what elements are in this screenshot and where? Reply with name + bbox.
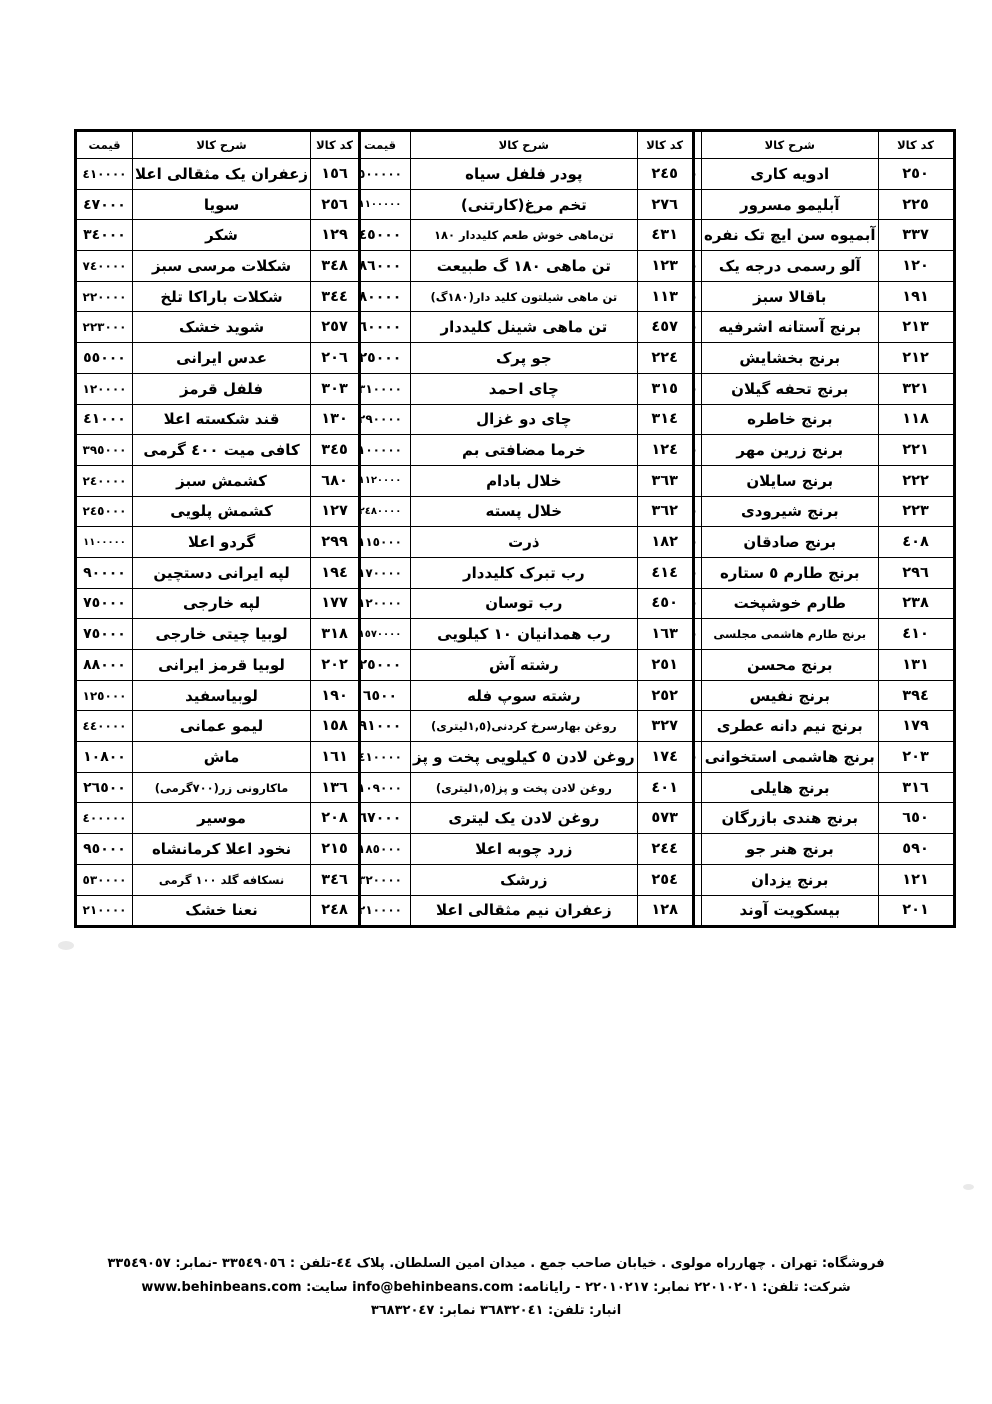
product-row: ٢٢٤جو پرک٢٥٠٠٠ — [349, 343, 694, 374]
product-desc-cell: آبلیمو مسرور — [702, 189, 879, 220]
product-code-cell: ١٢٠ — [878, 251, 954, 282]
header-row: کد کالاشرح کالاقیمت — [650, 131, 955, 159]
product-desc-cell: برنج آستانه اشرفیه — [702, 312, 879, 343]
product-price-cell: ١٢٠٠٠٠ — [76, 373, 133, 404]
product-code-cell: ٣٢٧ — [637, 711, 693, 742]
product-code-cell: ٢٤٥ — [637, 159, 693, 190]
product-desc-cell: کشمش سبز — [133, 465, 311, 496]
product-desc-cell: لوبیا چیتی خارجی — [133, 619, 311, 650]
product-code-cell: ٢١٣ — [878, 312, 954, 343]
product-desc-cell: خرما مضافتی بم — [411, 435, 638, 466]
product-desc-cell: برنج طارم ٥ ستاره — [702, 557, 879, 588]
product-code-cell: ٢٩٩ — [311, 527, 360, 558]
product-desc-cell: برنج صادقان — [702, 527, 879, 558]
product-code-cell: ٥٧٣ — [637, 803, 693, 834]
product-row: ٤١٤رب تبرک کلیددار١٧٠٠٠٠ — [349, 557, 694, 588]
product-price-cell: ٥٣٠٠٠٠ — [76, 864, 133, 895]
product-row: ٣٤٦نسکافه گلد ١٠٠ گرمی٥٣٠٠٠٠ — [76, 864, 360, 895]
product-desc-cell: چای دو غزال — [411, 404, 638, 435]
product-row: ٢٢١برنج زرین مهر١١٠٠٠٠ — [650, 435, 955, 466]
product-code-cell: ٢١٥ — [311, 834, 360, 865]
product-code-header: کد کالا — [878, 131, 954, 159]
product-desc-cell: لوبیاسفید — [133, 680, 311, 711]
product-code-cell: ٢٧٦ — [637, 189, 693, 220]
product-code-cell: ١٨٢ — [637, 527, 693, 558]
product-code-cell: ٢٣٨ — [878, 588, 954, 619]
product-code-cell: ٤١٤ — [637, 557, 693, 588]
product-desc-cell: برنج محسن — [702, 650, 879, 681]
product-row: ٢٩٦برنج طارم ٥ ستاره١٢٠٠٠٠ — [650, 557, 955, 588]
product-row: ٢٣٨طارم خوشپخت١٢٣٠٠٠ — [650, 588, 955, 619]
product-desc-cell: تن ماهی ١٨٠ گ طبیعت — [411, 251, 638, 282]
product-code-cell: ٢٥٠ — [878, 159, 954, 190]
product-code-cell: ٦٨٠ — [311, 465, 360, 496]
product-desc-cell: تن ماهی شیلتون کلید دار(١٨٠گ) — [411, 281, 638, 312]
product-desc-cell: برنج شیرودی — [702, 496, 879, 527]
product-desc-cell: لپه خارجی — [133, 588, 311, 619]
product-row: ١٣٠قند شکسته اعلا٤١٠٠٠ — [76, 404, 360, 435]
product-price-cell: ٢٤٥٠٠٠ — [76, 496, 133, 527]
product-row: ٣٤٤شکلات باراکا تلخ٢٢٠٠٠٠ — [76, 281, 360, 312]
product-price-cell: ٩٥٠٠٠ — [76, 834, 133, 865]
product-code-cell: ١١٣ — [637, 281, 693, 312]
product-desc-cell: لپه ایرانی دستچین — [133, 557, 311, 588]
product-code-cell: ١٢٨ — [637, 895, 693, 927]
product-desc-cell: ماش — [133, 742, 311, 773]
product-row: ٢٥٢رشته سوپ فله٦٥٠٠ — [349, 680, 694, 711]
product-row: ٢٠٢لوبیا قرمز ایرانی٨٨٠٠٠ — [76, 650, 360, 681]
header-row: کد کالاشرح کالاقیمت — [76, 131, 360, 159]
product-code-cell: ٣١٥ — [637, 373, 693, 404]
product-code-cell: ٤٠١ — [637, 772, 693, 803]
product-desc-cell: موسیر — [133, 803, 311, 834]
product-code-cell: ٢٥٤ — [637, 864, 693, 895]
product-code-cell: ١٢٩ — [311, 220, 360, 251]
product-row: ٤٠٨برنج صادقان١١٠٠٠٠ — [650, 527, 955, 558]
product-code-cell: ٣٠٣ — [311, 373, 360, 404]
product-row: ٣٣٧آبمیوه سن ایچ تک نفره١٢٠٠٠ — [650, 220, 955, 251]
product-code-cell: ١٣٦ — [311, 772, 360, 803]
product-row: ٢٠١بیسکویت آوند٧٥٠٠٠ — [650, 895, 955, 927]
footer-store-line: فروشگاه: تهران . چهارراه مولوی . خیابان … — [0, 1252, 992, 1276]
product-row: ١٢٧کشمش پلویی٢٤٥٠٠٠ — [76, 496, 360, 527]
product-desc-cell: زعفران یک مثقالی اعلا — [133, 159, 311, 190]
product-code-cell: ٣١٤ — [637, 404, 693, 435]
product-row: ١٦١ماش١٠٨٠٠ — [76, 742, 360, 773]
product-row: ١٥٨لیمو عمانی٤٤٠٠٠٠ — [76, 711, 360, 742]
product-code-cell: ٢٠١ — [878, 895, 954, 927]
product-row: ١٩١باقالا سبز٢٢٠٠٠٠ — [650, 281, 955, 312]
product-desc-cell: زرد چوبه اعلا — [411, 834, 638, 865]
product-desc-cell: چای احمد — [411, 373, 638, 404]
product-desc-cell: رب توسان — [411, 588, 638, 619]
product-row: ٢٠٣برنج هاشمی استخوانی١٣٧٠٠٠ — [650, 742, 955, 773]
product-row: ٢٢٥آبلیمو مسرور٩٠٠٠٠ — [650, 189, 955, 220]
product-code-cell: ١٣١ — [878, 650, 954, 681]
product-desc-cell: باقالا سبز — [702, 281, 879, 312]
product-price-cell: ٢٤٠٠٠٠ — [76, 465, 133, 496]
product-code-cell: ٢٥١ — [637, 650, 693, 681]
product-price-cell: ٢٦٥٠٠ — [76, 772, 133, 803]
product-desc-cell: عدس ایرانی — [133, 343, 311, 374]
product-code-cell: ٢٤٤ — [637, 834, 693, 865]
product-row: ٣٢١برنج تحفه گیلان١٦٠٠٠٠ — [650, 373, 955, 404]
product-code-cell: ١٢٤ — [637, 435, 693, 466]
product-code-cell: ١٩٤ — [311, 557, 360, 588]
product-desc-cell: برنج هاشمی استخوانی — [702, 742, 879, 773]
product-price-cell: ١١٠٠٠٠٠ — [76, 527, 133, 558]
product-desc-cell: برنج طارم هاشمی مجلسی — [702, 619, 879, 650]
product-code-cell: ١٥٨ — [311, 711, 360, 742]
product-desc-cell: رشته آش — [411, 650, 638, 681]
product-row: ١٧٧لپه خارجی٧٥٠٠٠ — [76, 588, 360, 619]
product-desc-cell: شکلات مرسی سبز — [133, 251, 311, 282]
product-desc-cell: ذرت — [411, 527, 638, 558]
product-row: ١٣١برنج محسن٨٢٥٠٠ — [650, 650, 955, 681]
product-desc-cell: برنج هندی بازرگان — [702, 803, 879, 834]
product-row: ٢٧٦تخم مرغ(کارتنی)١١٠٠٠٠٠ — [349, 189, 694, 220]
product-code-cell: ٣٣٧ — [878, 220, 954, 251]
product-price-cell: ٤١٠٠٠ — [76, 404, 133, 435]
product-code-cell: ١٢١ — [878, 864, 954, 895]
product-row: ٢٥٤زرشک٣٢٠٠٠٠ — [349, 864, 694, 895]
product-row: ٤١٠برنج طارم هاشمی مجلسی١٠٥٠٠٠ — [650, 619, 955, 650]
product-code-cell: ٣٩٤ — [878, 680, 954, 711]
product-row: ١٢٤خرما مضافتی بم١٠٠٠٠٠ — [349, 435, 694, 466]
product-desc-cell: نسکافه گلد ١٠٠ گرمی — [133, 864, 311, 895]
footer: فروشگاه: تهران . چهارراه مولوی . خیابان … — [0, 1252, 992, 1323]
product-price-cell: ٤٤٠٠٠٠ — [76, 711, 133, 742]
product-row: ٢٠٨موسیر٤٠٠٠٠٠ — [76, 803, 360, 834]
product-price-cell: ٩٠٠٠٠ — [76, 557, 133, 588]
product-code-cell: ١٢٧ — [311, 496, 360, 527]
product-code-cell: ١١٨ — [878, 404, 954, 435]
product-row: ٢٥١رشته آش٢٥٠٠٠ — [349, 650, 694, 681]
product-row: ١٢١برنج یزدان٨٥٠٠٠ — [650, 864, 955, 895]
product-row: ٢١٥نخود اعلا کرمانشاه٩٥٠٠٠ — [76, 834, 360, 865]
product-desc-cell: روغن لادن ٥ کیلویی پخت و پز — [411, 742, 638, 773]
product-code-cell: ١٦٣ — [637, 619, 693, 650]
product-row: ٣٤٨شکلات مرسی سبز٧٤٠٠٠٠ — [76, 251, 360, 282]
product-price-cell: ٤٧٠٠٠ — [76, 189, 133, 220]
product-code-cell: ٣٤٨ — [311, 251, 360, 282]
scan-artifact — [963, 1184, 974, 1190]
product-row: ١١٨برنج خاطره٨٤٥٠٠ — [650, 404, 955, 435]
product-desc-cell: روغن بهارسرخ کردنی(١,٥لیتری) — [411, 711, 638, 742]
product-desc-cell: برنج سایلان — [702, 465, 879, 496]
product-row: ١٩٠لوبیاسفید١٢٥٠٠٠ — [76, 680, 360, 711]
product-code-cell: ٥٩٠ — [878, 834, 954, 865]
product-desc-cell: برنج خاطره — [702, 404, 879, 435]
product-row: ١٢٣تن ماهی ١٨٠ گ طبیعت٨٦٠٠٠ — [349, 251, 694, 282]
product-desc-cell: قند شکسته اعلا — [133, 404, 311, 435]
product-row: ٦٨٠کشمش سبز٢٤٠٠٠٠ — [76, 465, 360, 496]
product-row: ٣١٨لوبیا چیتی خارجی٧٥٠٠٠ — [76, 619, 360, 650]
product-code-cell: ٤٠٨ — [878, 527, 954, 558]
product-desc-cell: طارم خوشپخت — [702, 588, 879, 619]
product-code-cell: ١٢٣ — [637, 251, 693, 282]
product-desc-cell: زرشک — [411, 864, 638, 895]
product-row: ٢٤٨نعنا خشک٢١٠٠٠٠ — [76, 895, 360, 927]
product-row: ٣٠٣فلفل قرمز١٢٠٠٠٠ — [76, 373, 360, 404]
product-desc-header: شرح کالا — [411, 131, 638, 159]
product-code-cell: ٦٥٠ — [878, 803, 954, 834]
product-code-cell: ٢٢٥ — [878, 189, 954, 220]
product-code-cell: ٤٣١ — [637, 220, 693, 251]
product-price-cell: ١٠٨٠٠ — [76, 742, 133, 773]
product-code-cell: ٢٤٨ — [311, 895, 360, 927]
product-desc-cell: کافی میت ٤٠٠ گرمی — [133, 435, 311, 466]
product-desc-cell: تن ماهی شینل کلیددار — [411, 312, 638, 343]
product-code-cell: ٣٦٣ — [637, 465, 693, 496]
product-code-cell: ٣١٦ — [878, 772, 954, 803]
product-row: ٣٢٧روغن بهارسرخ کردنی(١,٥لیتری)٩١٠٠٠ — [349, 711, 694, 742]
product-code-cell: ١٩١ — [878, 281, 954, 312]
product-row: ١٧٩برنج نیم دانه عطری٨٠٠٠٠ — [650, 711, 955, 742]
product-row: ٤٠١روغن لادن پخت و پز(١,٥لیتری)١٠٩٠٠٠ — [349, 772, 694, 803]
product-code-cell: ٢٢٢ — [878, 465, 954, 496]
product-row: ٢٩٩گردو اعلا١١٠٠٠٠٠ — [76, 527, 360, 558]
product-desc-cell: نخود اعلا کرمانشاه — [133, 834, 311, 865]
product-code-cell: ٣٦٢ — [637, 496, 693, 527]
product-row: ٤٥٧تن ماهی شینل کلیددار٦٠٠٠٠ — [349, 312, 694, 343]
product-code-cell: ٤١٠ — [878, 619, 954, 650]
product-row: ٣٤٥کافی میت ٤٠٠ گرمی٣٩٥٠٠٠ — [76, 435, 360, 466]
product-code-cell: ١٣٠ — [311, 404, 360, 435]
product-row: ٢٥٦سویا٤٧٠٠٠ — [76, 189, 360, 220]
product-desc-cell: رب همدانیان ١٠ کیلویی — [411, 619, 638, 650]
product-row: ٤٣١تن‌ماهی خوش طعم کلیددار ١٨٠٤٥٠٠٠ — [349, 220, 694, 251]
product-price-cell: ٣٩٥٠٠٠ — [76, 435, 133, 466]
product-code-cell: ١٩٠ — [311, 680, 360, 711]
product-desc-cell: زعفران نیم مثقالی اعلا — [411, 895, 638, 927]
price-header: قیمت — [76, 131, 133, 159]
product-code-cell: ٢٠٣ — [878, 742, 954, 773]
product-desc-cell: جو پرک — [411, 343, 638, 374]
product-desc-header: شرح کالا — [133, 131, 311, 159]
product-desc-cell: آلو رسمی درجه یک — [702, 251, 879, 282]
price-table-middle: کد کالاشرح کالاقیمت٢٤٥پودر فلفل سیاه٥٠٠٠… — [347, 129, 695, 928]
product-price-cell: ٨٨٠٠٠ — [76, 650, 133, 681]
product-desc-cell: رشته سوپ فله — [411, 680, 638, 711]
product-price-cell: ٤١٠٠٠٠ — [76, 159, 133, 190]
product-price-cell: ٢١٠٠٠٠ — [76, 895, 133, 927]
product-price-cell: ٤٠٠٠٠٠ — [76, 803, 133, 834]
product-desc-cell: برنج بخشایش — [702, 343, 879, 374]
price-table-left: کد کالاشرح کالاقیمت١٥٦زعفران یک مثقالی ا… — [74, 129, 361, 928]
product-code-cell: ٣٤٥ — [311, 435, 360, 466]
product-row: ٣١٥چای احمد٣١٠٠٠٠ — [349, 373, 694, 404]
product-code-cell: ٢٠٨ — [311, 803, 360, 834]
header-row: کد کالاشرح کالاقیمت — [349, 131, 694, 159]
product-desc-cell: تخم مرغ(کارتنی) — [411, 189, 638, 220]
product-price-cell: ٢٢٣٠٠٠ — [76, 312, 133, 343]
product-desc-cell: بیسکویت آوند — [702, 895, 879, 927]
product-code-cell: ٢٢٤ — [637, 343, 693, 374]
product-row: ١٣٦ماکارونی زر(٧٠٠گرمی)٢٦٥٠٠ — [76, 772, 360, 803]
product-row: ٢٥٧شوید خشک٢٢٣٠٠٠ — [76, 312, 360, 343]
product-row: ٣١٦برنج هایلی٨١٠٠٠ — [650, 772, 955, 803]
product-row: ٢١٢برنج بخشایش٧٢٥٠٠ — [650, 343, 955, 374]
product-desc-cell: گردو اعلا — [133, 527, 311, 558]
product-code-cell: ٤٥٧ — [637, 312, 693, 343]
product-desc-cell: برنج هنر جو — [702, 834, 879, 865]
product-row: ١٥٦زعفران یک مثقالی اعلا٤١٠٠٠٠ — [76, 159, 360, 190]
footer-warehouse-line: انبار: تلفن: ٣٦٨٣٢٠٤١ نمابر: ٣٦٨٣٢٠٤٧ — [0, 1299, 992, 1323]
price-list-document: کد کالاشرح کالاقیمت٢٥٠ادویه کاری١٩٠٠٠٠٢٢… — [0, 0, 992, 1404]
product-desc-cell: برنج نفیس — [702, 680, 879, 711]
product-price-cell: ٣٤٠٠٠ — [76, 220, 133, 251]
product-row: ١١٣تن ماهی شیلتون کلید دار(١٨٠گ)٨٠٠٠٠ — [349, 281, 694, 312]
product-desc-cell: کشمش پلویی — [133, 496, 311, 527]
product-row: ١٧٤روغن لادن ٥ کیلویی پخت و پز٤١٠٠٠٠ — [349, 742, 694, 773]
product-desc-cell: فلفل قرمز — [133, 373, 311, 404]
product-desc-cell: روغن لادن یک لیتری — [411, 803, 638, 834]
product-price-cell: ٧٥٠٠٠ — [76, 588, 133, 619]
product-code-cell: ٢٩٦ — [878, 557, 954, 588]
product-desc-cell: آبمیوه سن ایچ تک نفره — [702, 220, 879, 251]
product-row: ١٦٣رب همدانیان ١٠ کیلویی١٥٧٠٠٠٠ — [349, 619, 694, 650]
product-desc-cell: ماکارونی زر(٧٠٠گرمی) — [133, 772, 311, 803]
product-desc-cell: سویا — [133, 189, 311, 220]
product-desc-cell: برنج زرین مهر — [702, 435, 879, 466]
product-desc-cell: برنج تحفه گیلان — [702, 373, 879, 404]
product-code-cell: ٣٤٤ — [311, 281, 360, 312]
product-code-cell: ١٧٩ — [878, 711, 954, 742]
product-price-cell: ٧٥٠٠٠ — [76, 619, 133, 650]
product-desc-cell: شوید خشک — [133, 312, 311, 343]
product-row: ٢١٣برنج آستانه اشرفیه١٦٥٠٠٠ — [650, 312, 955, 343]
product-desc-cell: رب تبرک کلیددار — [411, 557, 638, 588]
footer-company-line: شرکت: تلفن: ٢٢٠١٠٢٠١ نمابر: ٢٢٠١٠٢١٧ - ر… — [0, 1276, 992, 1300]
product-desc-cell: شکر — [133, 220, 311, 251]
product-code-cell: ٢٥٢ — [637, 680, 693, 711]
product-desc-cell: نعنا خشک — [133, 895, 311, 927]
product-row: ٣٦٢خلال پسته٢٤٨٠٠٠٠ — [349, 496, 694, 527]
product-desc-cell: برنج هایلی — [702, 772, 879, 803]
product-code-cell: ١٧٤ — [637, 742, 693, 773]
product-desc-cell: لیمو عمانی — [133, 711, 311, 742]
product-code-cell: ٢١٢ — [878, 343, 954, 374]
product-code-cell: ٤٥٠ — [637, 588, 693, 619]
product-row: ١٨٢ذرت١١٥٠٠٠ — [349, 527, 694, 558]
product-row: ١٢٨زعفران نیم مثقالی اعلا٢١٠٠٠٠ — [349, 895, 694, 927]
product-row: ٢٢٣برنج شیرودی١٠٥٠٠٠ — [650, 496, 955, 527]
product-code-cell: ٢٥٦ — [311, 189, 360, 220]
scan-artifact — [58, 941, 74, 950]
product-desc-cell: لوبیا قرمز ایرانی — [133, 650, 311, 681]
product-row: ٥٧٣روغن لادن یک لیتری٦٧٠٠٠ — [349, 803, 694, 834]
product-row: ٣١٤چای دو غزال٢٩٠٠٠٠ — [349, 404, 694, 435]
product-code-header: کد کالا — [637, 131, 693, 159]
product-row: ٢٤٤زرد چوبه اعلا١٨٥٠٠٠ — [349, 834, 694, 865]
product-code-header: کد کالا — [311, 131, 360, 159]
product-row: ٢٠٦عدس ایرانی٥٥٠٠٠ — [76, 343, 360, 374]
product-desc-cell: پودر فلفل سیاه — [411, 159, 638, 190]
product-desc-cell: تن‌ماهی خوش طعم کلیددار ١٨٠ — [411, 220, 638, 251]
product-row: ٢٢٢برنج سایلان٧٨٠٠٠ — [650, 465, 955, 496]
product-row: ٣٦٣خلال بادام١١٢٠٠٠٠ — [349, 465, 694, 496]
product-desc-cell: برنج یزدان — [702, 864, 879, 895]
product-code-cell: ٣١٨ — [311, 619, 360, 650]
product-price-cell: ٢٢٠٠٠٠ — [76, 281, 133, 312]
product-row: ٣٩٤برنج نفیس٨٠٠٠٠ — [650, 680, 955, 711]
product-desc-cell: روغن لادن پخت و پز(١,٥لیتری) — [411, 772, 638, 803]
product-desc-cell: ادویه کاری — [702, 159, 879, 190]
product-row: ٢٥٠ادویه کاری١٩٠٠٠٠ — [650, 159, 955, 190]
product-code-cell: ٣٤٦ — [311, 864, 360, 895]
product-row: ٥٩٠برنج هنر جو٨٣٠٠٠ — [650, 834, 955, 865]
product-code-cell: ٢٠٦ — [311, 343, 360, 374]
product-price-cell: ١٢٥٠٠٠ — [76, 680, 133, 711]
product-code-cell: ١٦١ — [311, 742, 360, 773]
product-price-cell: ٧٤٠٠٠٠ — [76, 251, 133, 282]
product-price-cell: ٥٥٠٠٠ — [76, 343, 133, 374]
product-code-cell: ١٧٧ — [311, 588, 360, 619]
product-row: ١٢٠آلو رسمی درجه یک٣٠٠٠٠٠ — [650, 251, 955, 282]
product-row: ٦٥٠برنج هندی بازرگان٧٥٥٠٠ — [650, 803, 955, 834]
product-desc-cell: خلال پسته — [411, 496, 638, 527]
product-desc-cell: خلال بادام — [411, 465, 638, 496]
product-row: ١٩٤لپه ایرانی دستچین٩٠٠٠٠ — [76, 557, 360, 588]
product-code-cell: ١٥٦ — [311, 159, 360, 190]
product-desc-cell: شکلات باراکا تلخ — [133, 281, 311, 312]
product-code-cell: ٢٢٣ — [878, 496, 954, 527]
product-row: ٤٥٠رب توسان١٢٠٠٠٠ — [349, 588, 694, 619]
product-code-cell: ٢٥٧ — [311, 312, 360, 343]
product-desc-header: شرح کالا — [702, 131, 879, 159]
product-code-cell: ٢٢١ — [878, 435, 954, 466]
product-desc-cell: برنج نیم دانه عطری — [702, 711, 879, 742]
product-row: ١٢٩شکر٣٤٠٠٠ — [76, 220, 360, 251]
product-code-cell: ٣٢١ — [878, 373, 954, 404]
product-row: ٢٤٥پودر فلفل سیاه٥٠٠٠٠٠ — [349, 159, 694, 190]
product-code-cell: ٢٠٢ — [311, 650, 360, 681]
